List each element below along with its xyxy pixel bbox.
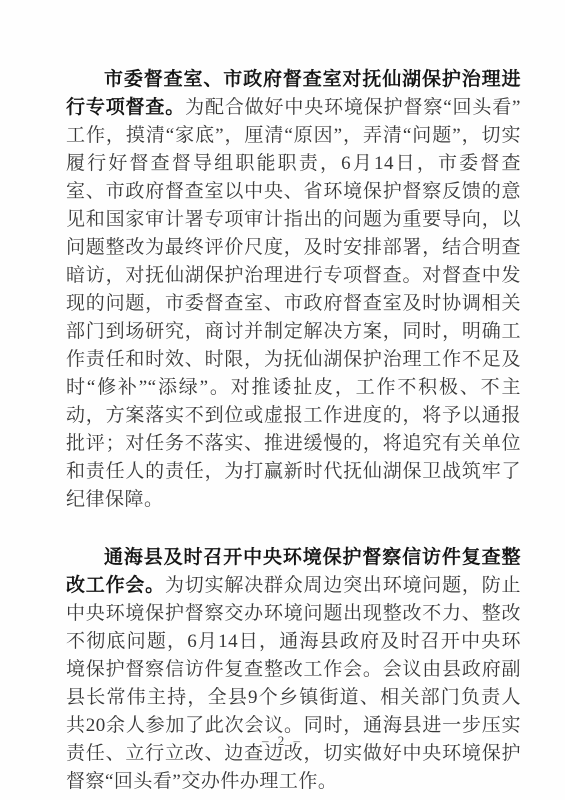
paragraph-1-body: 为配合做好中央环境保护督察“回头看”工作，摸清“家底”，厘清“原因”，弄清“问题… xyxy=(66,97,521,510)
page-number: – 2 – xyxy=(0,733,565,749)
document-content: 市委督查室、市政府督查室对抚仙湖保护治理进行专项督查。为配合做好中央环境保护督察… xyxy=(66,66,521,796)
news-paragraph-1: 市委督查室、市政府督查室对抚仙湖保护治理进行专项督查。为配合做好中央环境保护督察… xyxy=(66,66,521,514)
document-page: 市委督查室、市政府督查室对抚仙湖保护治理进行专项督查。为配合做好中央环境保护督察… xyxy=(0,0,565,800)
paragraph-2-body: 为切实解决群众周边突出环境问题，防止中央环境保护督察交办环境问题出现整改不力、整… xyxy=(66,575,521,792)
news-paragraph-2: 通海县及时召开中央环境保护督察信访件复查整改工作会。为切实解决群众周边突出环境问… xyxy=(66,544,521,796)
